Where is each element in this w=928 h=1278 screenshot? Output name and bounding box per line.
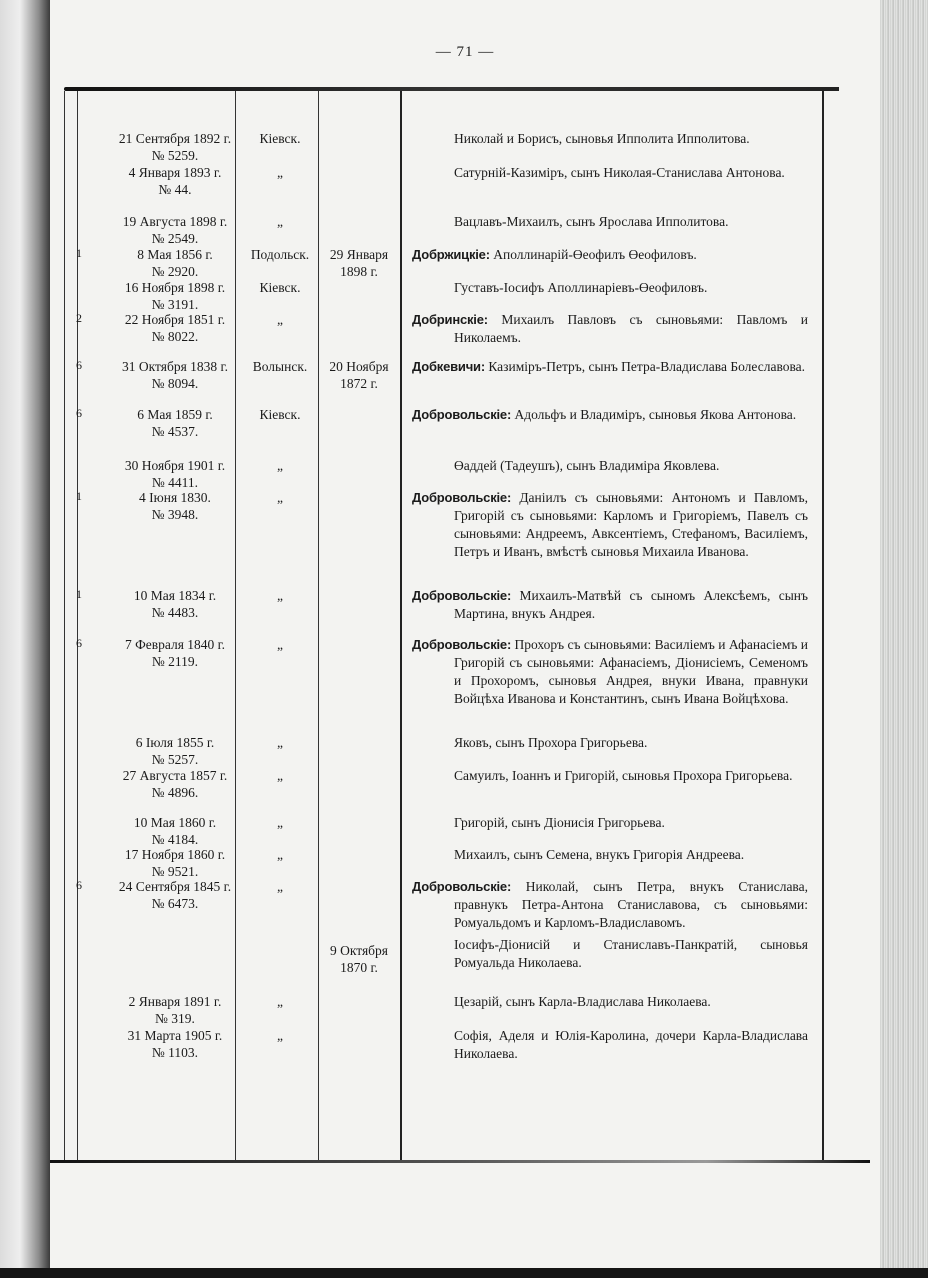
entry-text: Самуилъ, Іоаннъ и Григорій, сыновья Прох…: [412, 767, 808, 785]
family-surname: Добринскіе:: [412, 312, 488, 327]
entry-text: Софія, Аделя и Юлія-Каролина, дочери Кар…: [412, 1027, 808, 1063]
page-stack-edge: [880, 0, 928, 1268]
row-number: 6: [74, 358, 84, 373]
family-surname: Добровольскіе:: [412, 879, 511, 894]
row-number: 6: [74, 636, 84, 651]
scan-border: [0, 1268, 928, 1278]
entry-text: Вацлавъ-Михаилъ, сынъ Ярослава Ипполитов…: [412, 213, 808, 231]
province: Кіевск.: [235, 130, 325, 147]
family-surname: Добровольскіе:: [412, 407, 511, 422]
province: „: [235, 636, 325, 653]
entry-text: Густавъ-Іосифъ Аполлинаріевъ-Өеофиловъ.: [412, 279, 808, 297]
entry-text: Добровольскіе: Михаилъ-Матвѣй съ сыномъ …: [412, 587, 808, 623]
row-number: 1: [74, 246, 84, 261]
approval-date: 29 Января 1898 г.: [318, 246, 400, 280]
entry-text: Добринскіе: Михаилъ Павловъ съ сыновьями…: [412, 311, 808, 347]
province: Подольск.: [235, 246, 325, 263]
entry-text: Добровольскіе: Прохоръ съ сыновьями: Вас…: [412, 636, 808, 708]
row-number: 6: [74, 406, 84, 421]
entry-text: Михаилъ, сынъ Семена, внукъ Григорія Анд…: [412, 846, 808, 864]
book-spine-edge: [0, 0, 50, 1268]
column-divider: [822, 91, 824, 1160]
entry-text: Добровольскіе: Николай, сынъ Петра, внук…: [412, 878, 808, 932]
family-surname: Добровольскіе:: [412, 588, 511, 603]
province: Кіевск.: [235, 279, 325, 296]
province: Кіевск.: [235, 406, 325, 423]
column-divider: [64, 91, 65, 1160]
approval-date: 9 Октября 1870 г.: [318, 942, 400, 976]
page-number: — 71 —: [50, 44, 880, 61]
entry-text: Цезарій, сынъ Карла-Владислава Николаева…: [412, 993, 808, 1011]
bottom-rule: [50, 1160, 870, 1163]
province: „: [235, 814, 325, 831]
entry-text: Добкевичи: Казиміръ-Петръ, сынъ Петра-Вл…: [412, 358, 808, 376]
entry-text: Өаддей (Тадеушъ), сынъ Владиміра Яковлев…: [412, 457, 808, 475]
row-number: 6: [74, 878, 84, 893]
province: „: [235, 213, 325, 230]
top-rule: [64, 87, 839, 91]
province: „: [235, 311, 325, 328]
province: „: [235, 587, 325, 604]
province: „: [235, 164, 325, 181]
province: „: [235, 1027, 325, 1044]
entry-text: Николай и Борисъ, сыновья Ипполита Иппол…: [412, 130, 808, 148]
entry-text: Іосифъ-Діонисій и Станиславъ-Панкратій, …: [412, 936, 808, 972]
province: „: [235, 457, 325, 474]
family-surname: Добржицкіе:: [412, 247, 490, 262]
entry-text: Добровольскіе: Даніилъ съ сыновьями: Ант…: [412, 489, 808, 561]
row-number: 2: [74, 311, 84, 326]
province: „: [235, 878, 325, 895]
family-surname: Добкевичи:: [412, 359, 485, 374]
column-divider: [400, 91, 402, 1160]
entry-text: Сатурній-Казиміръ, сынъ Николая-Станисла…: [412, 164, 808, 182]
entry-text: Добровольскіе: Адольфъ и Владиміръ, сыно…: [412, 406, 808, 424]
province: „: [235, 734, 325, 751]
province: „: [235, 993, 325, 1010]
entry-text: Добржицкіе: Аполлинарій-Өеофилъ Өеофилов…: [412, 246, 808, 264]
entry-text: Григорій, сынъ Діонисія Григорьева.: [412, 814, 808, 832]
province: „: [235, 846, 325, 863]
approval-date: 20 Ноября 1872 г.: [318, 358, 400, 392]
province: „: [235, 489, 325, 506]
row-number: 1: [74, 587, 84, 602]
entry-text: Яковъ, сынъ Прохора Григорьева.: [412, 734, 808, 752]
family-surname: Добровольскіе:: [412, 490, 511, 505]
family-surname: Добровольскіе:: [412, 637, 511, 652]
province: Волынск.: [235, 358, 325, 375]
document-page: — 71 — 21 Сентября 1892 г.№ 5259. Кіевск…: [50, 0, 880, 1268]
row-number: 1: [74, 489, 84, 504]
province: „: [235, 767, 325, 784]
